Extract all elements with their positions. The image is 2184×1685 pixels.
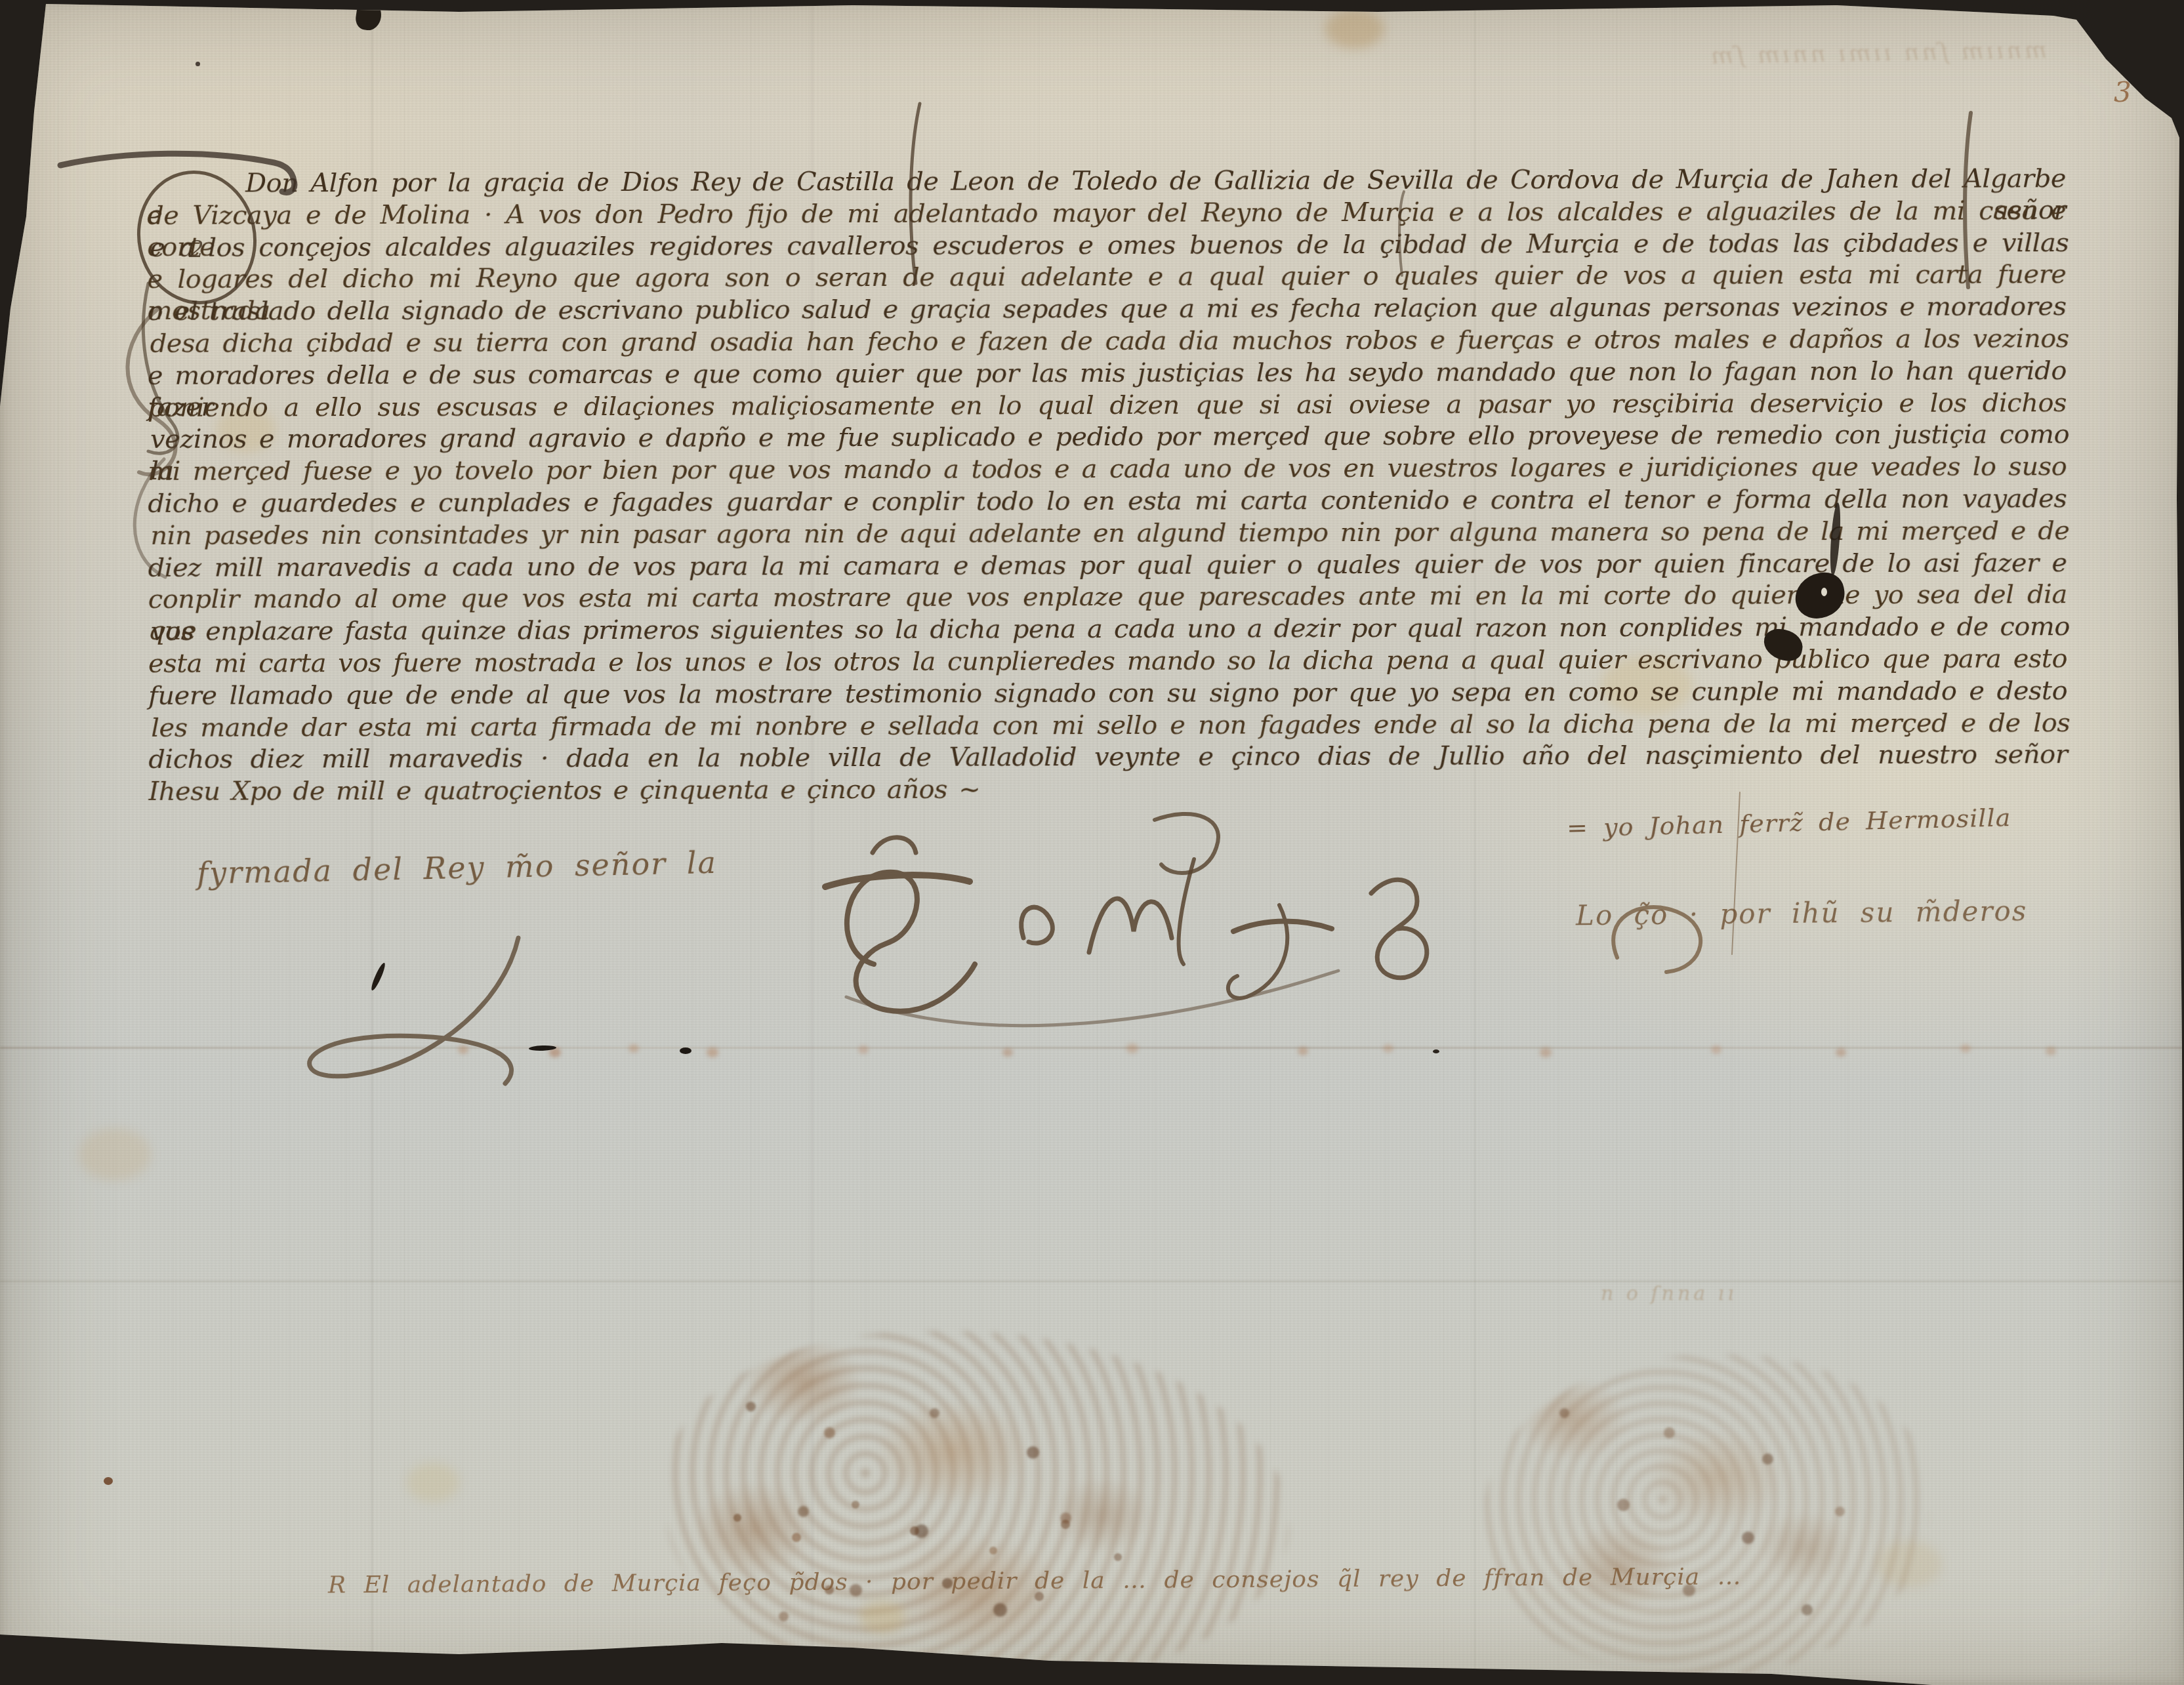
rust-spots-on-fold: [0, 1044, 8, 1050]
fold-crease-horizontal-main: [0, 1047, 2184, 1049]
paper-slit-on-fold: [529, 1045, 556, 1051]
foxing-spot: [859, 1600, 905, 1633]
letter-body-text: Don Alfon por la graçia de Dios Rey de C…: [146, 0, 2067, 829]
ink-tick-mark: [369, 962, 387, 992]
foxing-spot: [79, 1128, 151, 1181]
foxing-spot: [407, 1463, 459, 1502]
ink-splatter-above-docket: [695, 1509, 701, 1514]
ink-offset-stain-left: [666, 1331, 1289, 1685]
docket-bottom-line: R El adelantado de Murçia feço p̃dos · p…: [328, 1564, 1922, 1598]
paper-sheet: Don Alfon por la graçia de Dios Rey de C…: [0, 0, 2184, 1685]
ghost-offset-text-mid-right: n o ſnna ıı: [1601, 1284, 1883, 1304]
paper-slit-on-fold: [680, 1047, 691, 1054]
chancery-note-tail: [310, 938, 518, 1084]
letter-line: dichos diez mill maravedis · dada en la …: [148, 739, 2067, 779]
manuscript-scan: Don Alfon por la graçia de Dios Rey de C…: [0, 0, 2184, 1685]
paper-slit-on-fold: [1433, 1049, 1439, 1053]
ink-offset-stain-right: [1484, 1355, 1930, 1676]
stain-speckle-right: [1529, 1404, 1535, 1410]
brown-speck: [104, 1477, 113, 1485]
letter-line: Ihesu Xpo de mill e quatroçientos e çinq…: [148, 773, 1300, 810]
stain-speckle-left: [722, 1391, 728, 1396]
ghost-offset-text-top-right: mnıım ſnn ıımı nnım ſm: [1666, 39, 2048, 69]
signature-right-lower: Lo ç̃o · por ihũ su m̃deros: [1576, 898, 1996, 930]
chancery-note-left: fyrmada del Rey m̃o señor la: [197, 845, 854, 889]
folio-number: 3: [2114, 79, 2132, 106]
royal-rubric: [825, 838, 1427, 1026]
fold-crease-horizontal-lower: [0, 1280, 2184, 1282]
